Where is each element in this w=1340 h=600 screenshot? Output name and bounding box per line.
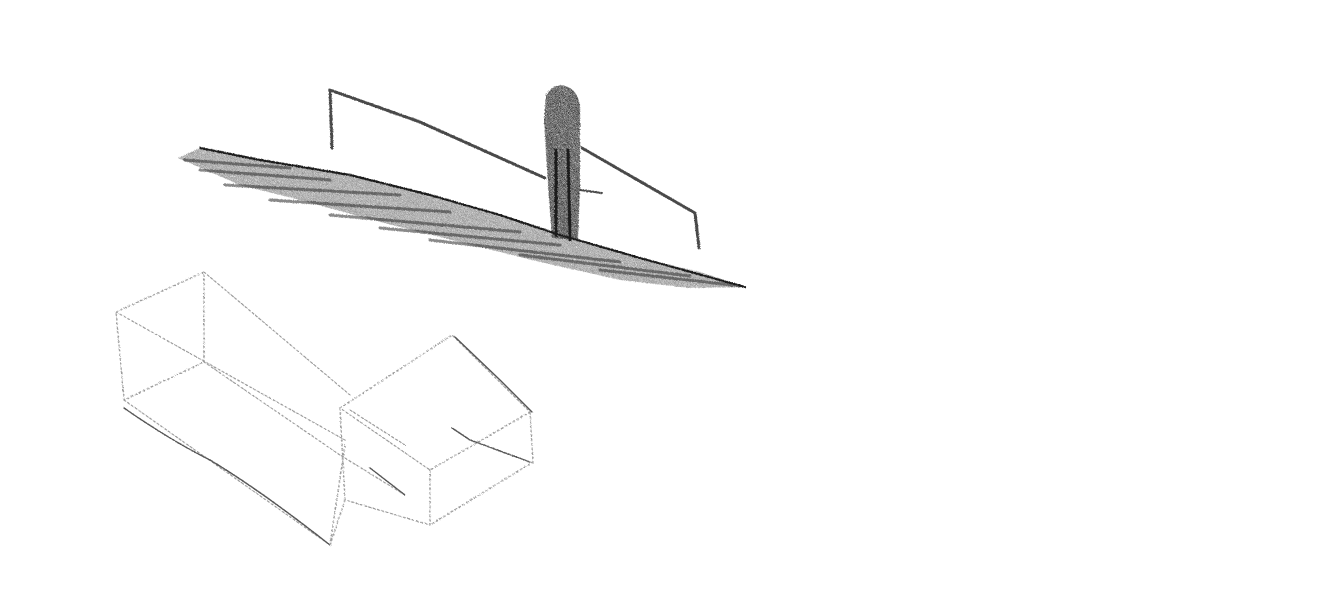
small-box-top-edge [455, 337, 532, 412]
small-box [330, 335, 533, 545]
ground-shading [178, 148, 745, 288]
standing-figure [544, 85, 580, 240]
inner-edge [370, 468, 405, 495]
railing-right [582, 148, 699, 248]
sketch-canvas [0, 0, 1340, 600]
railing-stub [580, 190, 602, 193]
small-box-notch [452, 428, 530, 462]
railing [330, 90, 545, 178]
wireframe-sketch [116, 272, 533, 545]
slope-sketch [178, 85, 745, 288]
large-box [116, 272, 405, 545]
large-box-front-edge [124, 408, 330, 545]
